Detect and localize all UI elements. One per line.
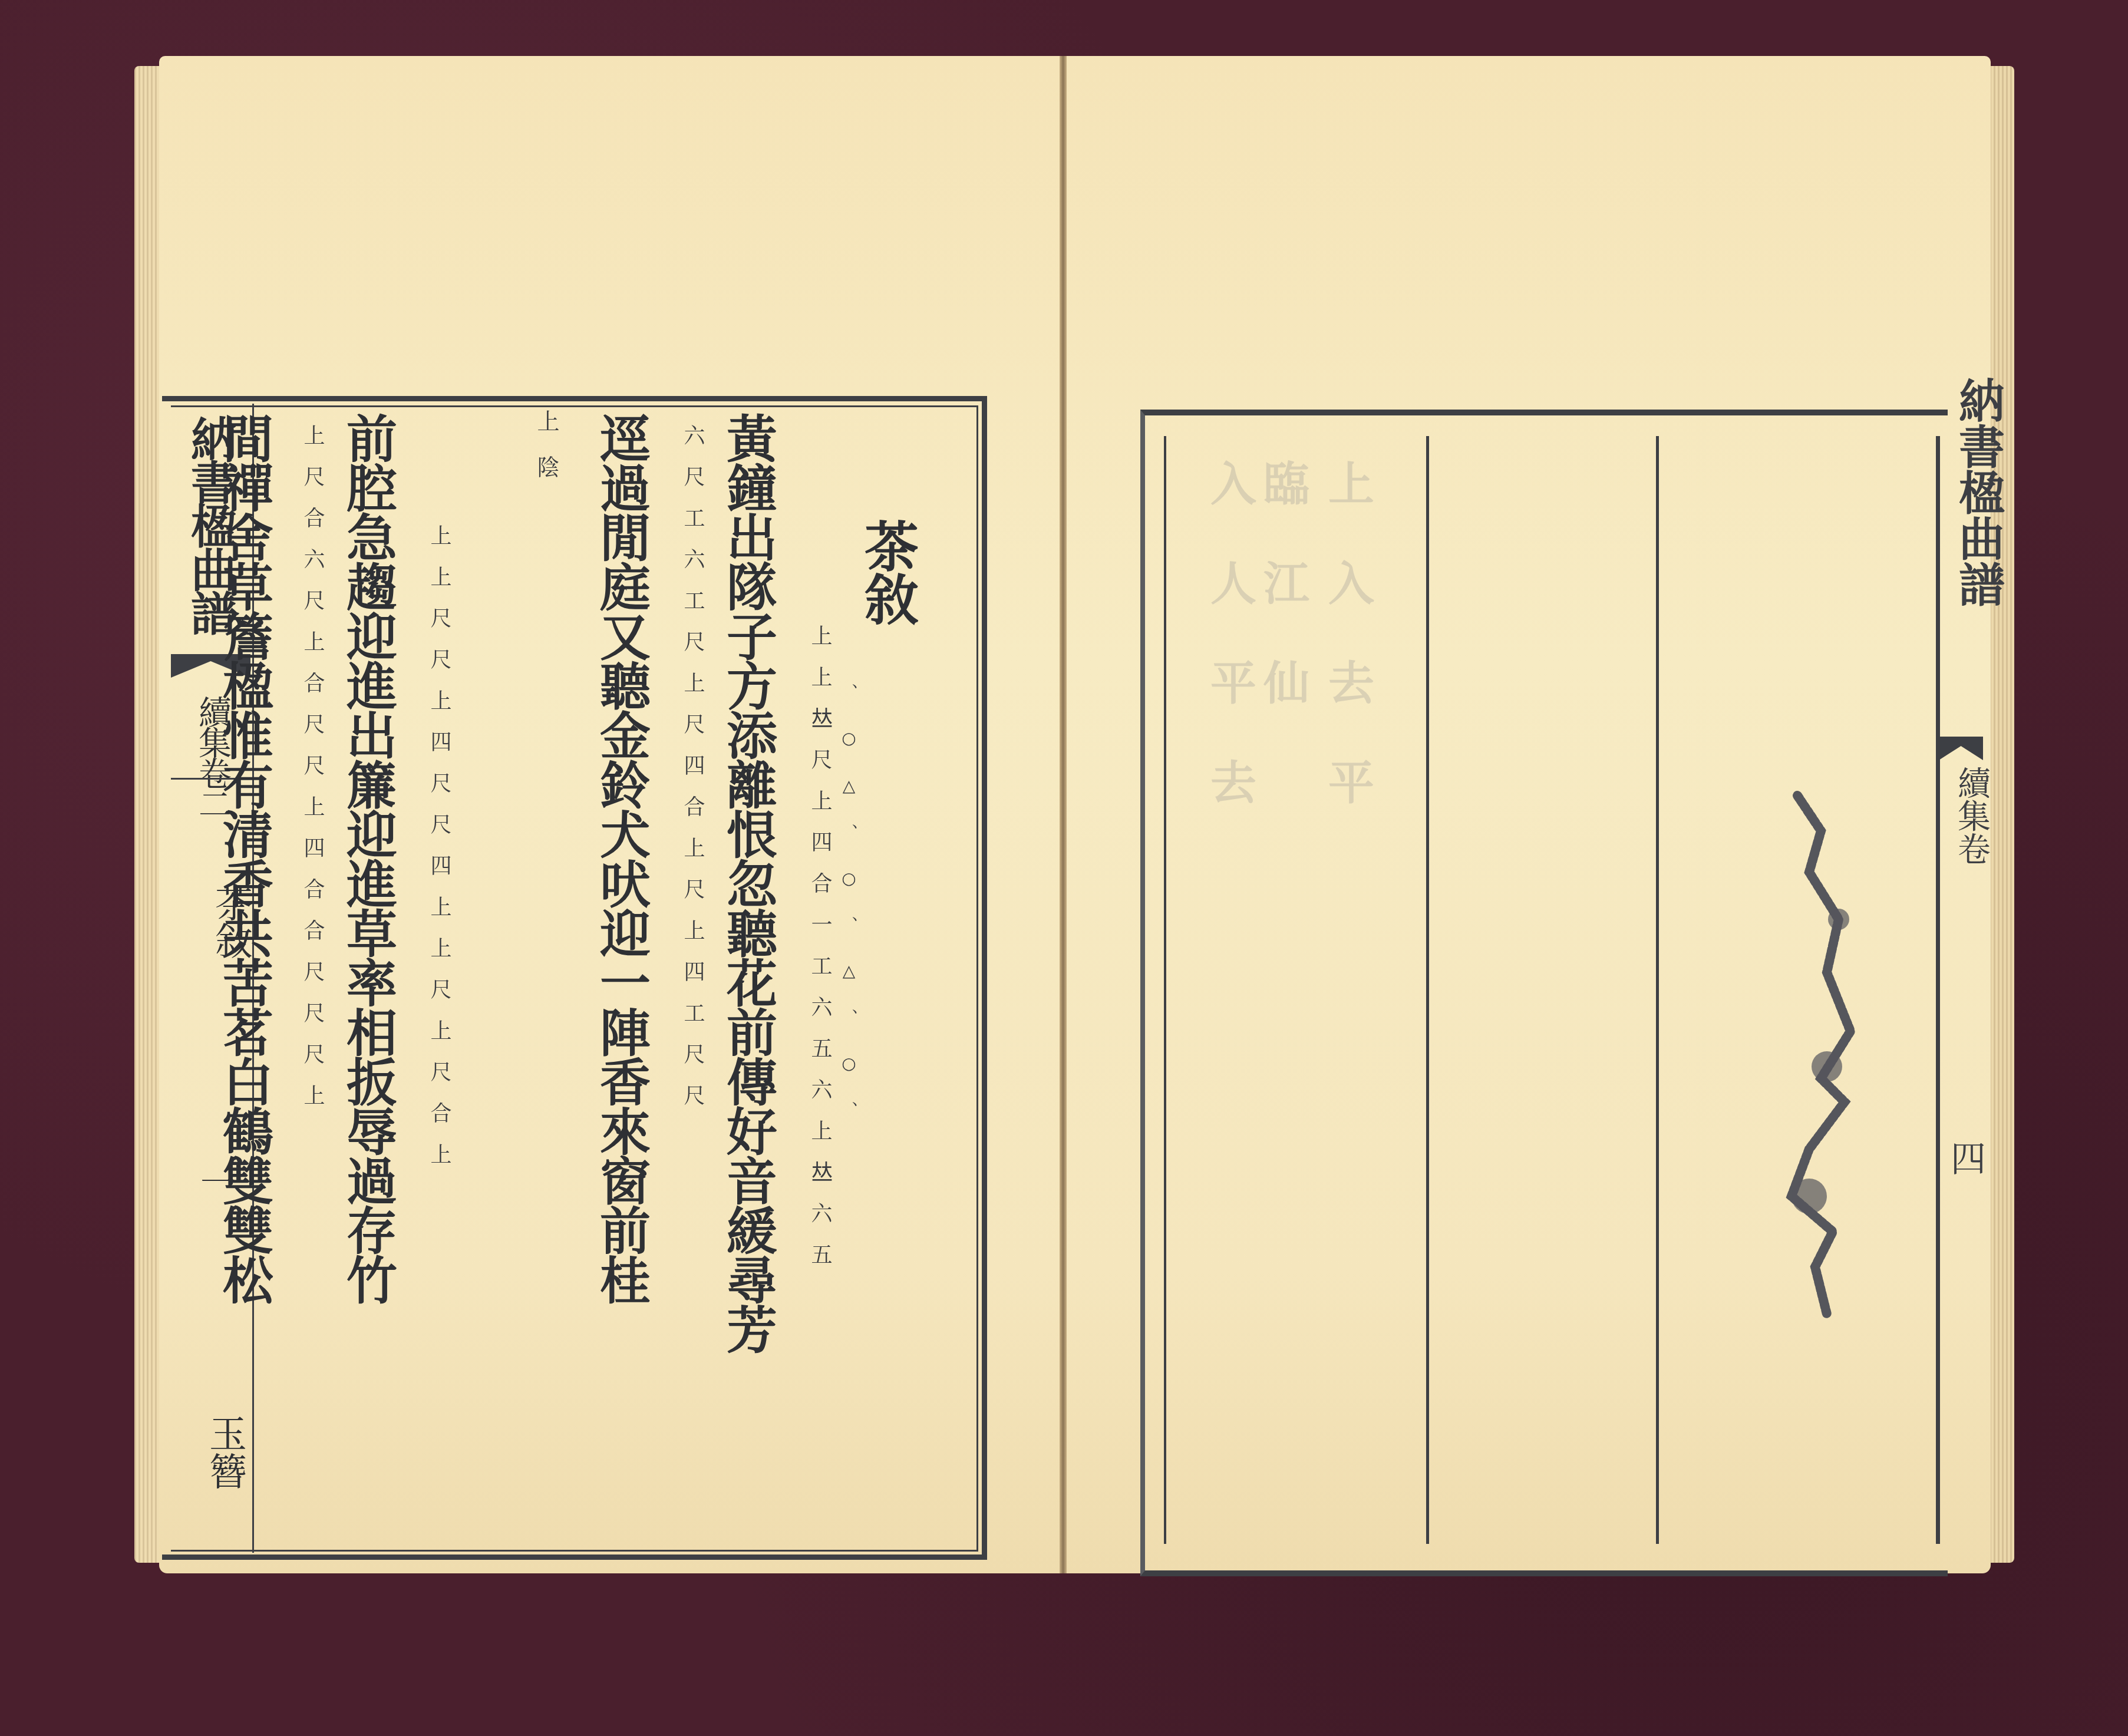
right-margin-book-title: 納書楹曲譜 [1945,377,2011,607]
column-rule [1656,436,1659,1544]
show-through-text: 臨 江 仙 [1249,460,1315,705]
notation-column: 上上𠀤尺上四合一工六五六上𠀤六五 [804,625,835,1285]
lyric-column: 黃鐘出隊子方添離恨忽聽花前傳好音緩尋芳 [722,412,773,1353]
lyric-column: 前腔急趨迎進出簾迎進草率相扳辱過存竹 [342,412,392,1303]
rhythm-marks: 、○△、○、△、○、 [837,684,860,1146]
book-gutter [1060,56,1067,1573]
ink-stain-icon [1756,784,1892,1344]
margin-play-title: 玉簪 [197,1414,252,1490]
right-margin-page-number: 四 [1951,1131,1986,1182]
lyric-text: 鐘出隊子方添離恨忽聽花前傳好音緩尋芳 [718,462,777,1353]
show-through-text: 上 入 去 平 [1314,460,1380,804]
column-rule [1164,436,1166,1544]
notation-column: 上上尺尺上四尺尺四上上尺上尺合上 [424,524,454,1184]
right-margin-volume: 續集卷 [1948,766,1995,865]
mode-label: 黃 [718,412,777,462]
lyric-column: 間禪舍草簷楹惟有清香共苦茗白鶴雙雙松 [218,412,269,1303]
lyric-column: 逕過閒庭又聽金鈴犬吠迎一陣香來窗前桂 [595,412,646,1303]
tone-label: 上 陰 [530,410,563,477]
notation-column: 上尺合六尺上合尺尺上四合合尺尺尺上 [298,424,328,1126]
notation-column: 六尺工六工尺上尺四合上尺上四工尺尺 [678,424,708,1126]
section-title: 茶敘 [849,519,926,625]
column-rule [1936,436,1940,1544]
column-rule [1426,436,1429,1544]
